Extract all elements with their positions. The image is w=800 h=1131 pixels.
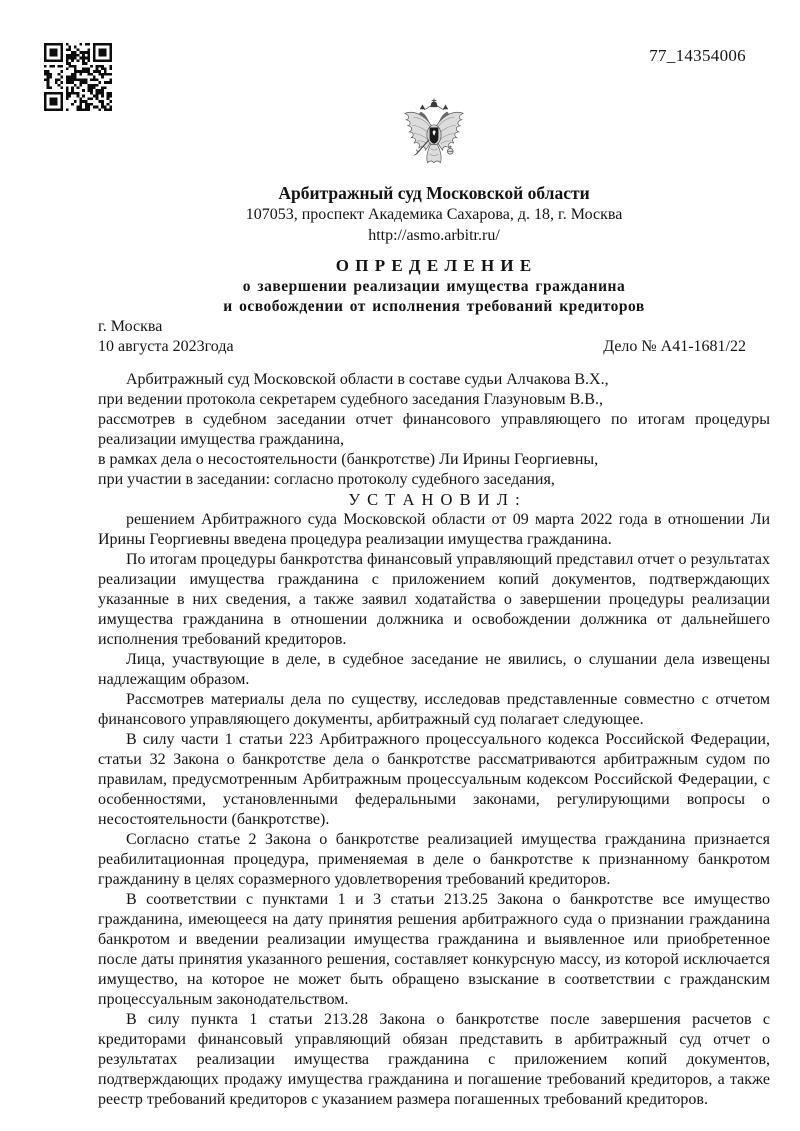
court-address: 107053, проспект Академика Сахарова, д. …	[98, 204, 770, 225]
body-paragraph: Согласно статье 2 Закона о банкротстве р…	[98, 830, 770, 890]
resolution-heading: У С Т А Н О В И Л :	[98, 490, 770, 510]
court-name: Арбитражный суд Московской области	[98, 182, 770, 204]
body-paragraph: В силу пункта 1 статьи 213.28 Закона о б…	[98, 1010, 770, 1110]
court-website-url: http://asmo.arbitr.ru/	[98, 225, 770, 246]
intro-line: Арбитражный суд Московской области в сос…	[98, 370, 770, 390]
document-subtitle-line2: и освобождении от исполнения требований …	[98, 297, 770, 317]
body-paragraph: Лица, участвующие в деле, в судебное зас…	[98, 650, 770, 690]
body-block: решением Арбитражного суда Московской об…	[98, 510, 770, 1110]
intro-line: при ведении протокола секретарем судебно…	[98, 390, 770, 410]
coat-of-arms-icon	[98, 0, 770, 175]
intro-block: Арбитражный суд Московской области в сос…	[98, 370, 770, 490]
place-line: г. Москва	[98, 317, 770, 337]
body-paragraph: решением Арбитражного суда Московской об…	[98, 510, 770, 550]
body-paragraph: В силу части 1 статьи 223 Арбитражного п…	[98, 730, 770, 830]
court-document-page: 77_14354006	[0, 0, 800, 1131]
document-title: О П Р Е Д Е Л Е Н И Е	[98, 255, 770, 277]
intro-line: в рамках дела о несостоятельности (банкр…	[98, 450, 770, 470]
date-case-row: 10 августа 2023года Дело № А41-1681/22	[98, 337, 770, 357]
body-paragraph: В соответствии с пунктами 1 и 3 статьи 2…	[98, 890, 770, 1010]
case-number: Дело № А41-1681/22	[603, 337, 746, 357]
intro-line: рассмотрев в судебном заседании отчет фи…	[98, 410, 770, 450]
intro-line: при участии в заседании: согласно проток…	[98, 470, 770, 490]
document-subtitle-line1: о завершении реализации имущества гражда…	[98, 277, 770, 297]
date-line: 10 августа 2023года	[98, 337, 234, 357]
body-paragraph: По итогам процедуры банкротства финансов…	[98, 550, 770, 650]
body-paragraph: Рассмотрев материалы дела по существу, и…	[98, 690, 770, 730]
document-number: 77_14354006	[649, 46, 746, 66]
qr-code-icon	[44, 43, 112, 111]
